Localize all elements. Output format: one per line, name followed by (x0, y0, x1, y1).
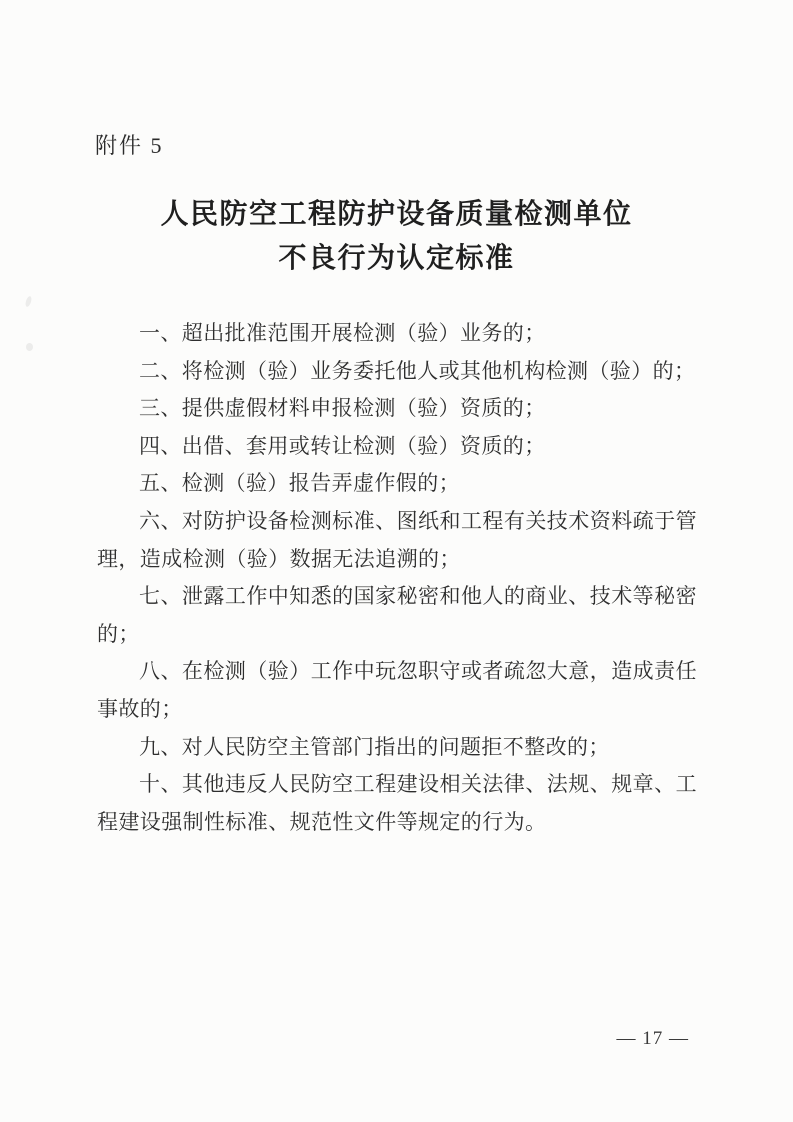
scan-smudge (24, 295, 32, 307)
list-item: 六、对防护设备检测标准、图纸和工程有关技术资料疏于管理，造成检测（验）数据无法追… (97, 503, 697, 578)
attachment-label: 附件 5 (95, 129, 164, 160)
list-item: 七、泄露工作中知悉的国家秘密和他人的商业、技术等秘密的； (97, 578, 697, 653)
list-item: 一、超出批准范围开展检测（验）业务的； (97, 315, 697, 353)
document-title: 人民防空工程防护设备质量检测单位 不良行为认定标准 (0, 193, 793, 281)
scan-smudge (26, 343, 33, 351)
list-item: 二、将检测（验）业务委托他人或其他机构检测（验）的； (97, 353, 697, 391)
document-body: 一、超出批准范围开展检测（验）业务的； 二、将检测（验）业务委托他人或其他机构检… (97, 315, 697, 841)
list-item: 四、出借、套用或转让检测（验）资质的； (97, 428, 697, 466)
document-page: 附件 5 人民防空工程防护设备质量检测单位 不良行为认定标准 一、超出批准范围开… (0, 0, 793, 1122)
title-line-2: 不良行为认定标准 (0, 237, 793, 281)
list-item: 八、在检测（验）工作中玩忽职守或者疏忽大意，造成责任事故的； (97, 653, 697, 728)
page-number: — 17 — (617, 1028, 690, 1050)
list-item: 五、检测（验）报告弄虚作假的； (97, 465, 697, 503)
title-line-1: 人民防空工程防护设备质量检测单位 (0, 193, 793, 237)
list-item: 三、提供虚假材料申报检测（验）资质的； (97, 390, 697, 428)
list-item: 九、对人民防空主管部门指出的问题拒不整改的； (97, 729, 697, 767)
list-item: 十、其他违反人民防空工程建设相关法律、法规、规章、工程建设强制性标准、规范性文件… (97, 766, 697, 841)
